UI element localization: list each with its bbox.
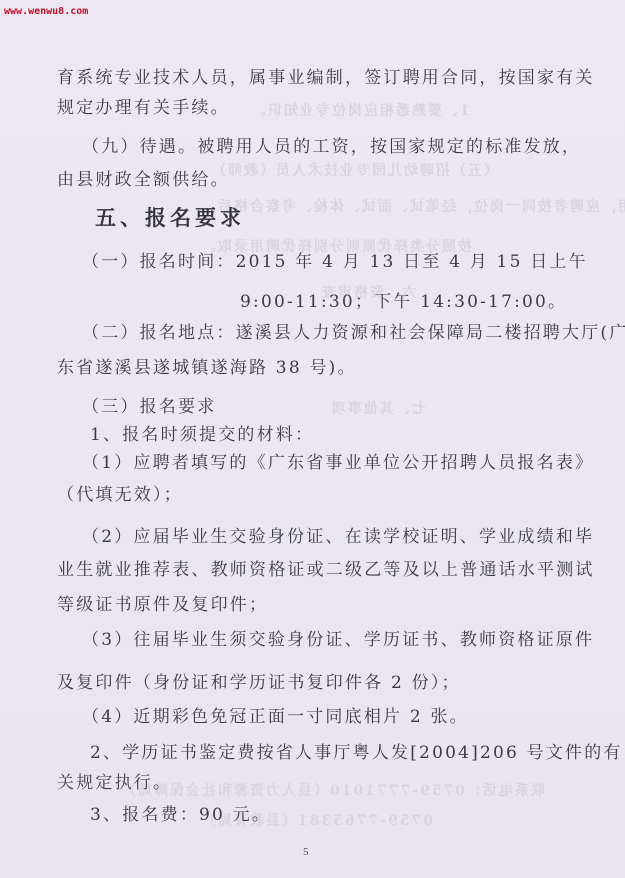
- body-line: （一）报名时间：2015 年 4 月 13 日至 4 月 15 日上午: [82, 252, 588, 272]
- body-line: 及复印件（身份证和学历证书复印件各 2 份）；: [57, 673, 461, 693]
- body-line: （3）往届毕业生须交验身份证、学历证书、教师资格证原件: [82, 630, 594, 650]
- bleed-through-text: 联系电话：0759-7771010（县人力资源和社会保障局）: [120, 780, 545, 800]
- body-line: 育系统专业技术人员，属事业编制，签订聘用合同，按国家有关: [57, 68, 595, 88]
- section-heading: 五、报名要求: [95, 208, 245, 228]
- body-line: （4）近期彩色免冠正面一寸同底相片 2 张。: [82, 707, 469, 727]
- body-line: （1）应聘者填写的《广东省事业单位公开招聘人员报名表》: [82, 453, 594, 473]
- bleed-through-text: 七、其他事项: [330, 398, 426, 418]
- bleed-through-text: 1、要熟悉相应岗位专业知识。: [250, 100, 470, 120]
- watermark-url: www.wenwu8.com: [4, 6, 88, 17]
- body-line: 1、报名时须提交的材料：: [90, 425, 314, 445]
- bleed-through-text: 中使用，应聘者按同一岗位，经笔试、面试、体检、考察合格后，: [200, 196, 625, 216]
- body-line: （代填无效）；: [57, 485, 183, 505]
- body-line: 3、报名费：90 元。: [90, 805, 271, 825]
- body-line: 规定办理有关手续。: [57, 98, 230, 118]
- body-line: （2）应届毕业生交验身份证、在读学校证明、学业成绩和毕: [82, 527, 594, 547]
- body-line: 由县财政全额供给。: [57, 170, 230, 190]
- body-line: 关规定执行。: [57, 773, 172, 793]
- body-line: 东省遂溪县遂城镇遂海路 38 号)。: [57, 358, 357, 378]
- body-line: （二）报名地点：遂溪县人力资源和社会保障局二楼招聘大厅(广: [82, 323, 625, 343]
- body-line: （九）待遇。被聘用人员的工资，按国家规定的标准发放，: [82, 137, 581, 157]
- body-line: 2、学历证书鉴定费按省人事厅粤人发[2004]206 号文件的有: [90, 743, 623, 763]
- bleed-through-text: （五）招聘幼儿园专业技术人员（教师）: [210, 160, 498, 180]
- body-line: （三）报名要求: [82, 397, 216, 417]
- body-line: 业生就业推荐表、教师资格证或二级乙等及以上普通话水平测试: [57, 560, 595, 580]
- scanned-page: 1、要熟悉相应岗位专业知识。 （五）招聘幼儿园专业技术人员（教师） 中使用，应聘…: [0, 0, 625, 878]
- body-line: 9:00-11:30；下午 14:30-17:00。: [240, 292, 567, 312]
- page-number: 5: [303, 846, 309, 858]
- body-line: 等级证书原件及复印件；: [57, 595, 268, 615]
